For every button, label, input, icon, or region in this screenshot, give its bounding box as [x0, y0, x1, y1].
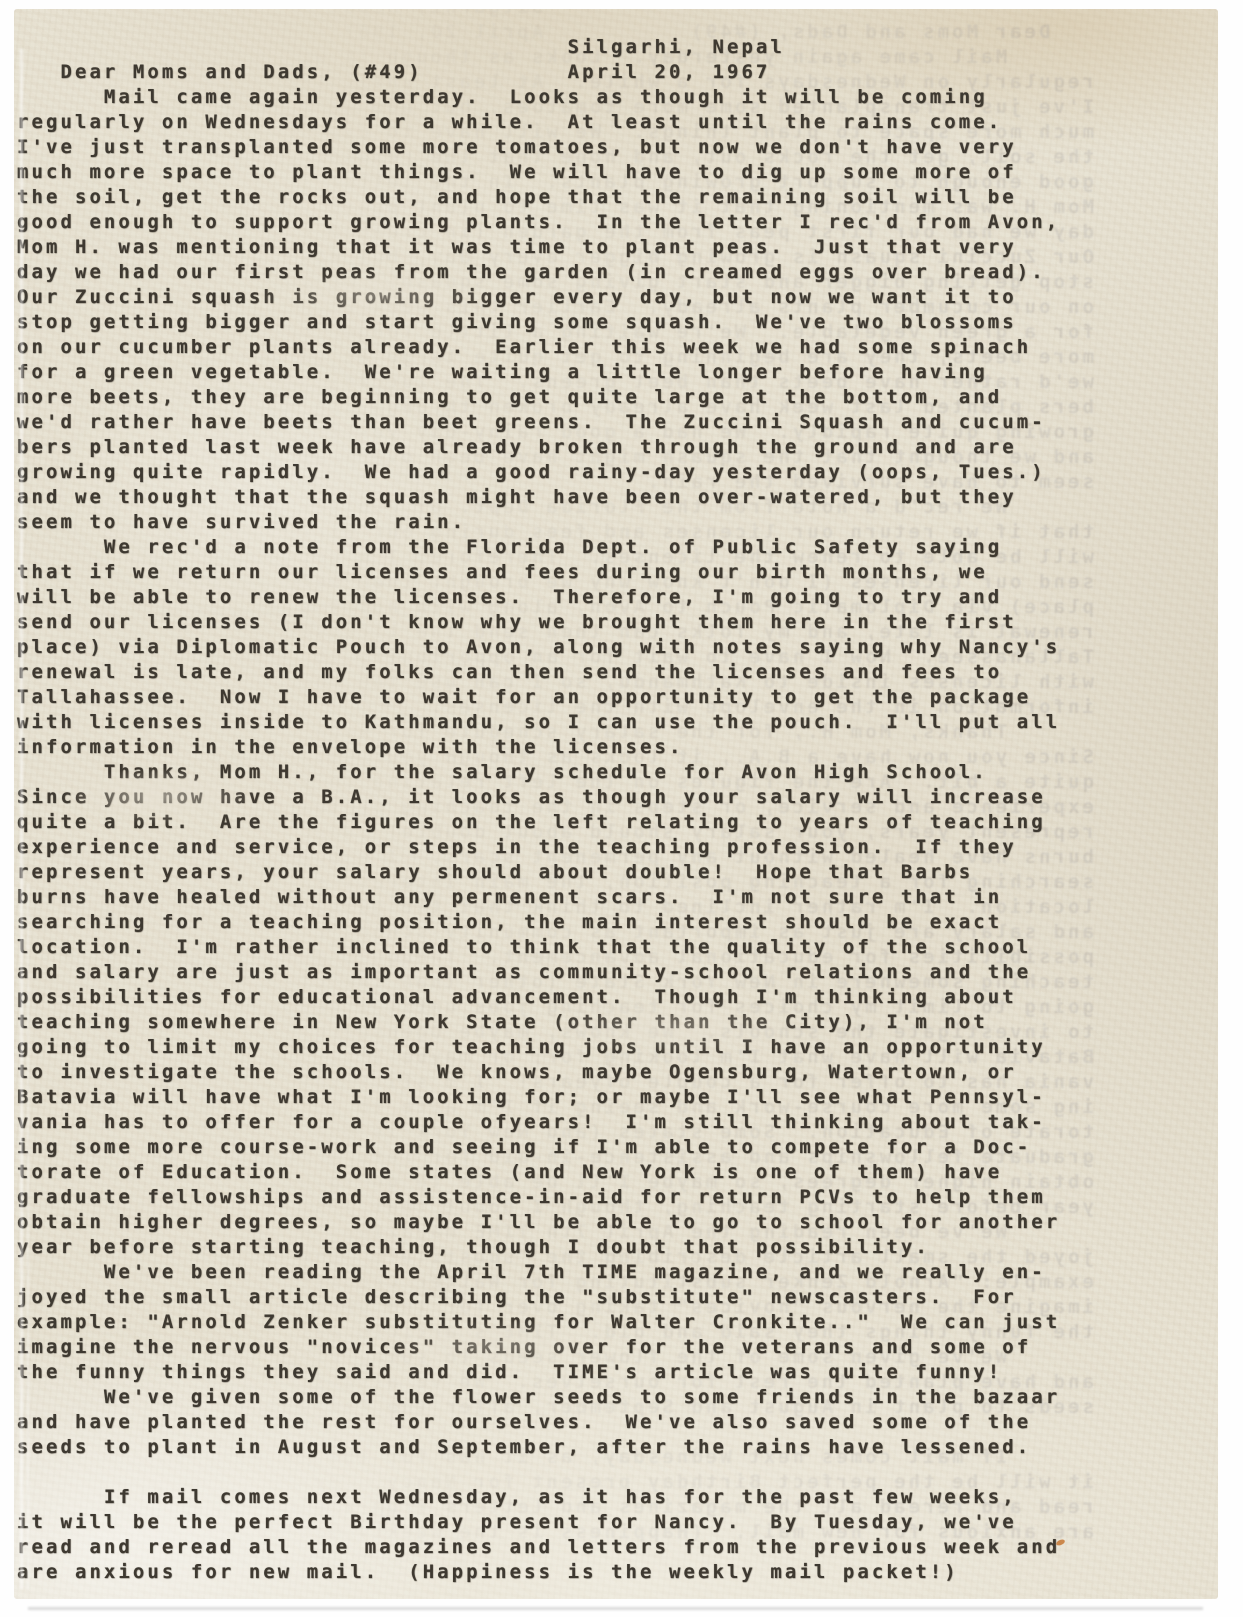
paper-fold-line-2 — [27, 884, 29, 1590]
scanner-shadow-line — [28, 1607, 1203, 1610]
letter-paper: Silgarhi, Nepal Dear Moms and Dads, (#49… — [14, 9, 1218, 1599]
paper-fold-line — [20, 49, 23, 1589]
letter-typed-text: Silgarhi, Nepal Dear Moms and Dads, (#49… — [17, 9, 1060, 1585]
scanned-letter-page: Silgarhi, Nepal Dear Moms and Dads, (#49… — [0, 0, 1243, 1617]
